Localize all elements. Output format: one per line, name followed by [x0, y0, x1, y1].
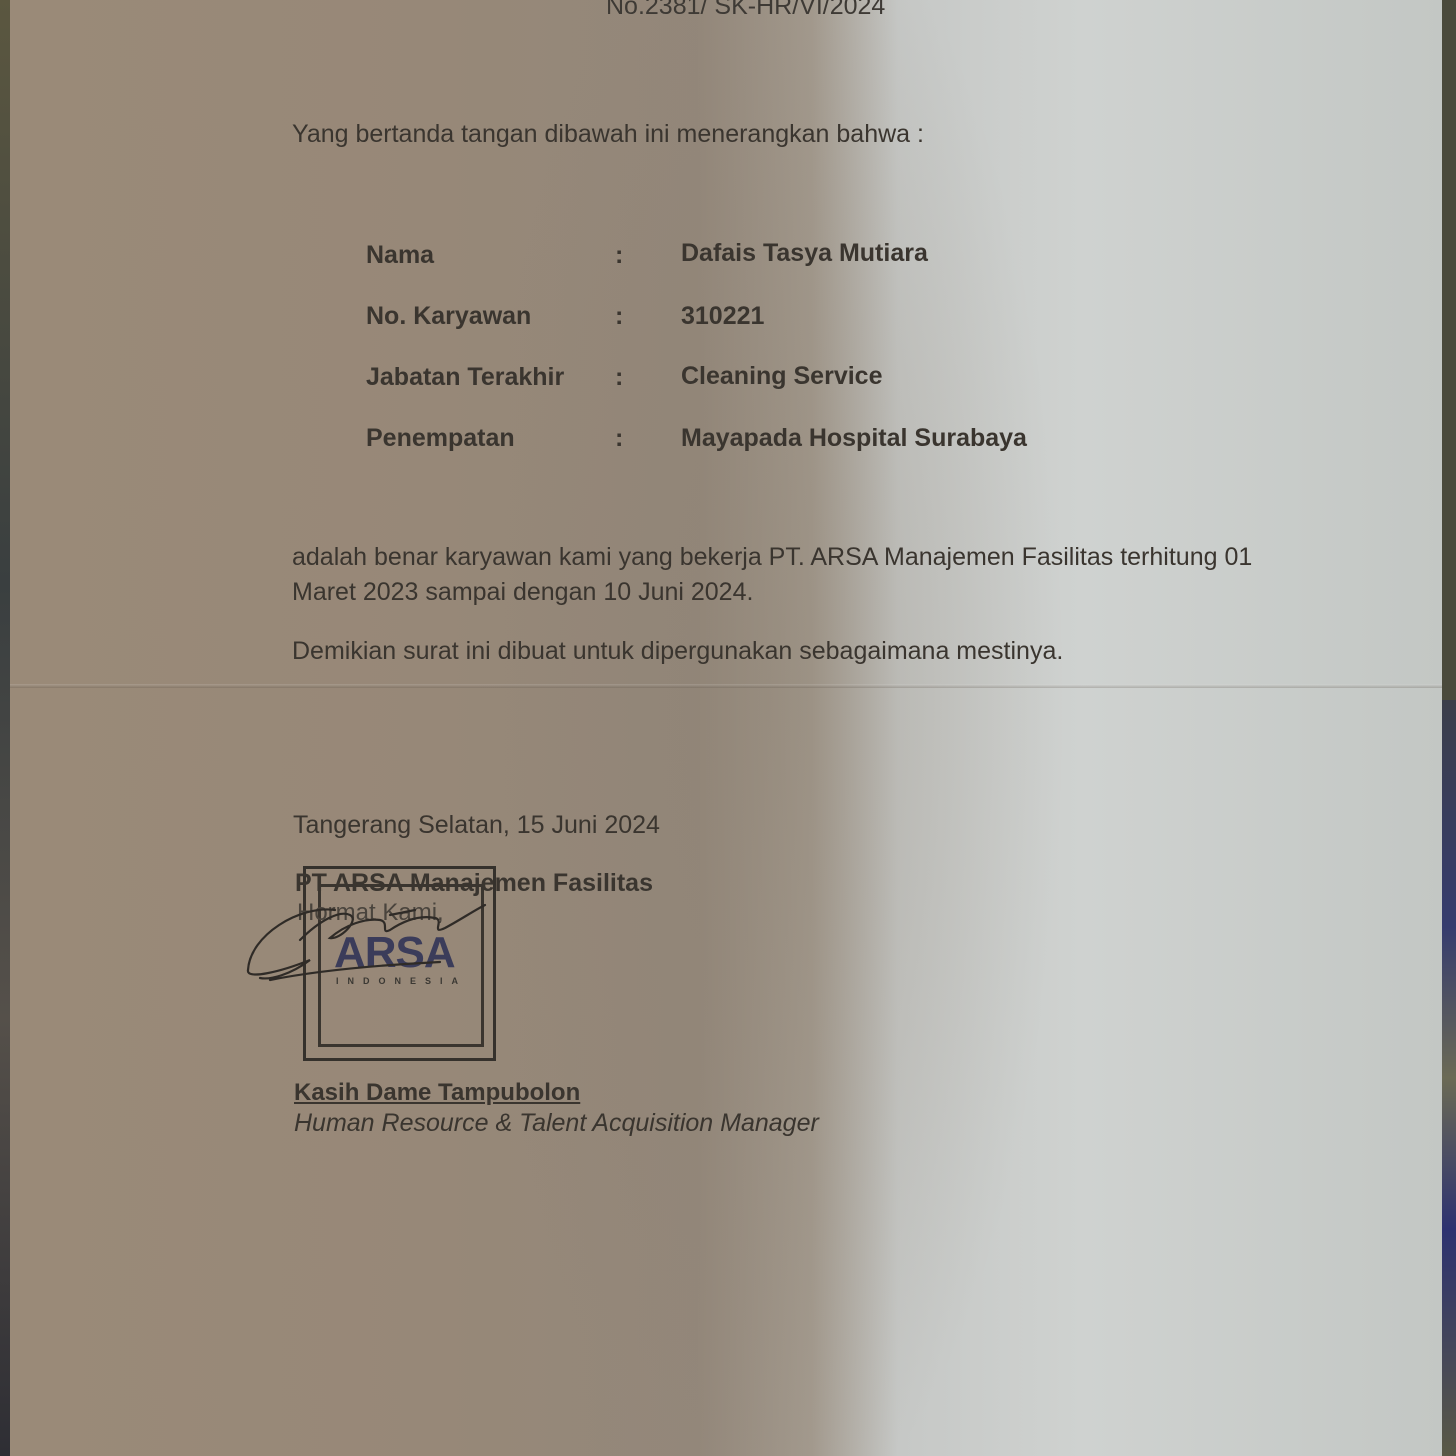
field-value-name: Dafais Tasya Mutiara — [681, 239, 928, 268]
field-separator: : — [615, 241, 623, 270]
field-value-last-position: Cleaning Service — [681, 362, 882, 391]
field-label-last-position: Jabatan Terakhir — [366, 363, 564, 392]
field-label-placement: Penempatan — [366, 424, 515, 453]
field-value-employee-no: 310221 — [681, 302, 764, 331]
paper-fold-line — [10, 684, 1442, 688]
place-date: Tangerang Selatan, 15 Juni 2024 — [293, 811, 660, 840]
intro-text: Yang bertanda tangan dibawah ini meneran… — [292, 120, 924, 149]
field-label-employee-no: No. Karyawan — [366, 302, 531, 331]
signer-name: Kasih Dame Tampubolon — [294, 1079, 580, 1107]
signer-title: Human Resource & Talent Acquisition Mana… — [294, 1109, 819, 1138]
field-separator: : — [615, 363, 623, 392]
field-value-placement: Mayapada Hospital Surabaya — [681, 424, 1027, 453]
body-text-line2: Maret 2023 sampai dengan 10 Juni 2024. — [292, 578, 753, 607]
document-number: No.2381/ SK-HR/VI/2024 — [606, 0, 885, 21]
field-label-name: Nama — [366, 241, 434, 270]
closing-text: Demikian surat ini dibuat untuk dipergun… — [292, 637, 1063, 666]
field-separator: : — [615, 424, 623, 453]
field-separator: : — [615, 302, 623, 331]
shadow-overlay — [10, 0, 1442, 1456]
body-text-line1: adalah benar karyawan kami yang bekerja … — [292, 543, 1252, 572]
signature-icon — [240, 880, 510, 990]
